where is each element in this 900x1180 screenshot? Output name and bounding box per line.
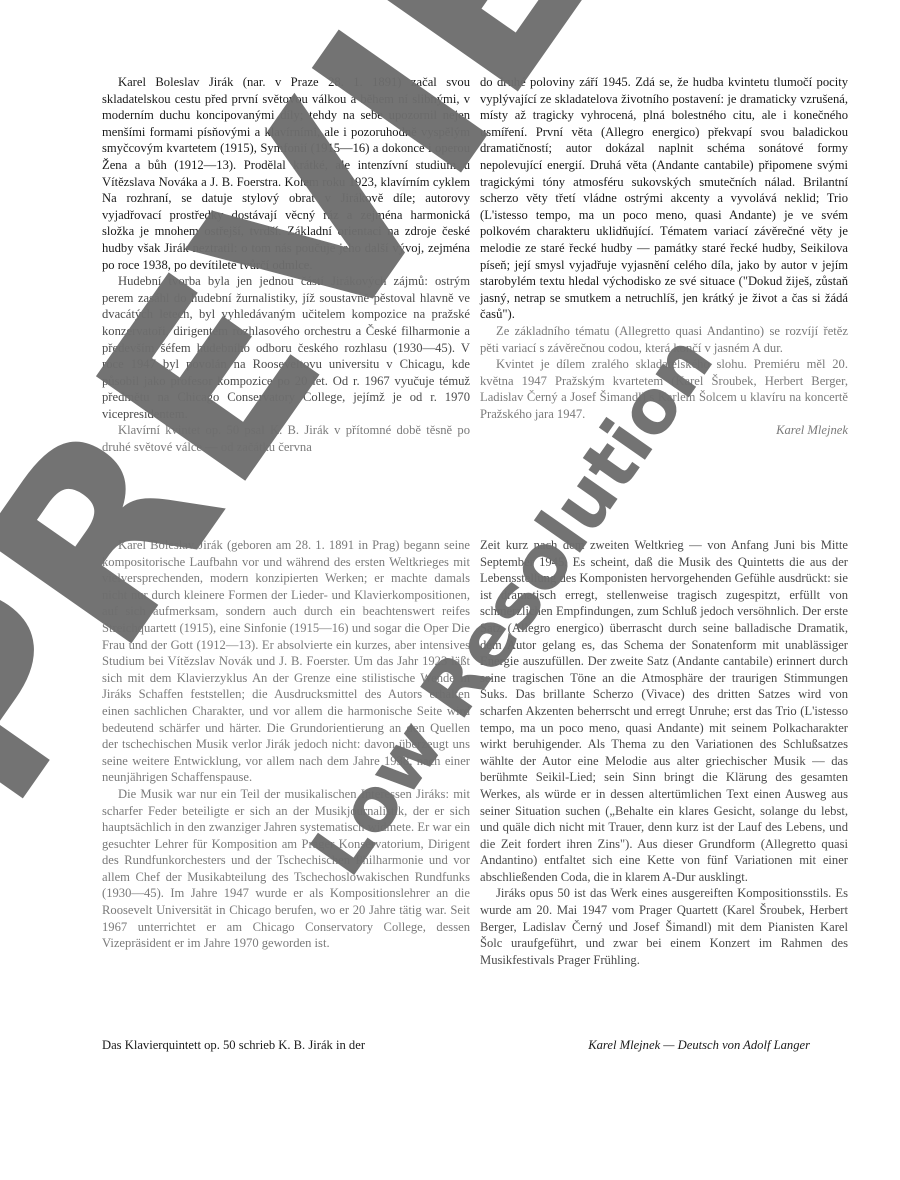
german-right-paragraph-1: Zeit kurz nach dem zweiten Weltkrieg — v… [480, 537, 848, 885]
german-left-last-line: Das Klavierquintett op. 50 schrieb K. B.… [102, 1038, 470, 1053]
czech-paragraph-1: Karel Boleslav Jirák (nar. v Praze 28. 1… [102, 74, 470, 273]
german-right-column: Zeit kurz nach dem zweiten Weltkrieg — v… [480, 537, 848, 968]
czech-right-paragraph-1: do druhé poloviny září 1945. Zdá se, že … [480, 74, 848, 323]
german-paragraph-1: Karel Boleslav Jirák (geboren am 28. 1. … [102, 537, 470, 786]
german-left-column: Karel Boleslav Jirák (geboren am 28. 1. … [102, 537, 470, 952]
czech-left-column: Karel Boleslav Jirák (nar. v Praze 28. 1… [102, 74, 470, 456]
czech-paragraph-2: Hudební tvorba byla jen jednou částí Jir… [102, 273, 470, 422]
czech-signature: Karel Mlejnek [480, 422, 848, 439]
german-signature: Karel Mlejnek — Deutsch von Adolf Langer [480, 1038, 810, 1053]
czech-paragraph-3: Klavírní kvintet op. 50 psal K. B. Jirák… [102, 422, 470, 455]
czech-right-paragraph-2: Ze základního tématu (Allegretto quasi A… [480, 323, 848, 356]
czech-right-paragraph-3: Kvintet je dílem zralého skladatelského … [480, 356, 848, 422]
czech-right-column: do druhé poloviny září 1945. Zdá se, že … [480, 74, 848, 439]
german-paragraph-2: Die Musik war nur ein Teil der musikalis… [102, 786, 470, 952]
german-right-paragraph-2: Jiráks opus 50 ist das Werk eines ausger… [480, 885, 848, 968]
